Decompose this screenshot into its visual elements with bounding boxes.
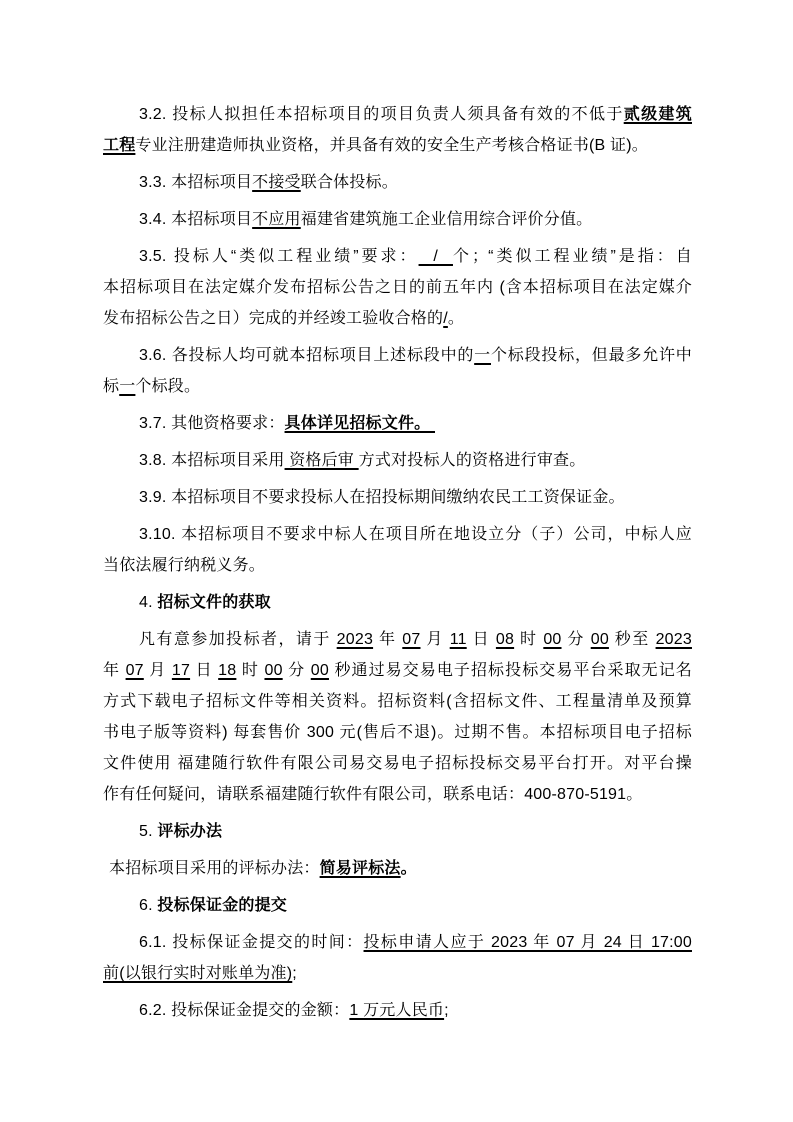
text-line: 本招标项目采用的评标办法：简易评标法。 [103, 853, 692, 884]
clause-6-2: 6.2. 投标保证金提交的金额：1 万元人民币; [103, 995, 692, 1026]
text-line: 3.2. 投标人拟担任本招标项目的项目负责人须具备有效的不低于贰级建筑 [103, 99, 692, 130]
text-run: 年 [373, 631, 402, 648]
text-run: 月 [144, 662, 172, 679]
text-run: 简易评标法 [320, 860, 401, 877]
text-run: 专业注册建造师执业资格，并具备有效的安全生产考核合格证书(B 证)。 [135, 137, 648, 154]
text-run: 个标段。 [135, 378, 200, 395]
text-line: 6. 投标保证金的提交 [103, 890, 692, 921]
text-line: 6.1. 投标保证金提交的时间：投标申请人应于 2023 年 07 月 24 日… [103, 927, 692, 958]
text-line: 作有任何疑问，请联系福建随行软件有限公司，联系电话：400-870-5191。 [103, 779, 692, 810]
text-run: 6.1. 投标保证金提交的时间： [139, 934, 364, 951]
text-run: 3.9. 本招标项目不要求投标人在招投标期间缴纳农民工工资保证金。 [139, 489, 625, 506]
text-run: 3.8. 本招标项目采用 [139, 452, 285, 469]
text-line: 4. 招标文件的获取 [103, 587, 692, 618]
text-run: 标 [103, 378, 119, 395]
text-run: 3.5. 投标人“类似工程业绩”要求： [139, 248, 419, 265]
text-line: 前(以银行实时对账单为准); [103, 958, 692, 989]
text-line: 本招标项目在法定媒介发布招标公告之日的前五年内 (含本招标项目在法定媒介 [103, 272, 692, 303]
text-line: 当依法履行纳税义务。 [103, 550, 692, 581]
text-run: 投标申请人应于 2023 年 07 月 24 日 17:00 [364, 934, 692, 951]
text-run: 资格后审 [285, 452, 359, 469]
text-run: 3.7. 其他资格要求： [139, 415, 285, 432]
text-run: 作有任何疑问，请联系福建随行软件有限公司，联系电话：400-870-5191。 [103, 786, 642, 803]
text-run: 00 [311, 662, 329, 679]
text-run: 评标办法 [157, 823, 222, 840]
text-run: 文件使用 福建随行软件有限公司易交易电子招标投标交易平台打开。对平台操 [103, 755, 692, 772]
text-run: 3.10. 本招标项目不要求中标人在项目所在地设立分（子）公司，中标人应 [139, 526, 692, 543]
text-run: 秒至 [609, 631, 656, 648]
text-run: 1 万元人民币 [349, 1002, 444, 1019]
text-line: 书电子版等资料) 每套售价 300 元(售后不退)。过期不售。本招标项目电子招标 [103, 717, 692, 748]
text-run: 3.3. 本招标项目 [139, 174, 252, 191]
text-run: 当依法履行纳税义务。 [103, 557, 265, 574]
text-run: 00 [543, 631, 561, 648]
text-line: 标一个标段。 [103, 371, 692, 402]
text-run: 月 [420, 631, 449, 648]
text-line: 3.7. 其他资格要求：具体详见招标文件。 [103, 408, 692, 439]
text-run: 。 [448, 310, 464, 327]
text-run: 书电子版等资料) 每套售价 300 元(售后不退)。过期不售。本招标项目电子招标 [103, 724, 692, 741]
text-run: 2023 [337, 631, 373, 648]
text-run: ; [292, 965, 297, 982]
clause-3-4: 3.4. 本招标项目不应用福建省建筑施工企业信用综合评价分值。 [103, 204, 692, 235]
text-run: 一 [119, 378, 135, 395]
text-line: 工程专业注册建造师执业资格，并具备有效的安全生产考核合格证书(B 证)。 [103, 130, 692, 161]
text-run: 日 [190, 662, 218, 679]
text-run: 2023 [656, 631, 692, 648]
text-run: 00 [264, 662, 282, 679]
section-4-title: 4. 招标文件的获取 [103, 587, 692, 618]
clause-3-9: 3.9. 本招标项目不要求投标人在招投标期间缴纳农民工工资保证金。 [103, 482, 692, 513]
section-5-title: 5. 评标办法 [103, 816, 692, 847]
text-line: 3.9. 本招标项目不要求投标人在招投标期间缴纳农民工工资保证金。 [103, 482, 692, 513]
text-line: 发布招标公告之日）完成的并经竣工验收合格的/。 [103, 303, 692, 334]
text-run: 分 [283, 662, 311, 679]
section-6-title: 6. 投标保证金的提交 [103, 890, 692, 921]
text-run: 18 [218, 662, 236, 679]
text-run: 时 [236, 662, 264, 679]
text-run: 方式下载电子招标文件等相关资料。招标资料(含招标文件、工程量清单及预算 [103, 693, 692, 710]
text-run: 11 [450, 631, 467, 648]
text-run: 凡有意参加投标者，请于 [139, 631, 337, 648]
text-run: 4. [139, 594, 157, 611]
text-run: 17 [172, 662, 190, 679]
text-run: 工程 [103, 137, 135, 154]
text-run: 本招标项目采用的评标办法： [109, 860, 320, 877]
clause-3-5: 3.5. 投标人“类似工程业绩”要求： / 个；“类似工程业绩”是指：自本招标项… [103, 241, 692, 334]
text-run: 具体详见招标文件。 [285, 415, 435, 432]
text-run: 联合体投标。 [301, 174, 398, 191]
text-line: 文件使用 福建随行软件有限公司易交易电子招标投标交易平台打开。对平台操 [103, 748, 692, 779]
text-line: 3.6. 各投标人均可就本招标项目上述标段中的一个标段投标，但最多允许中 [103, 340, 692, 371]
clause-3-6: 3.6. 各投标人均可就本招标项目上述标段中的一个标段投标，但最多允许中标一个标… [103, 340, 692, 402]
text-run: 个；“类似工程业绩”是指：自 [453, 248, 692, 265]
text-run: 。 [401, 860, 417, 877]
text-line: 5. 评标办法 [103, 816, 692, 847]
text-run: 秒通过易交易电子招标投标交易平台采取无记名 [329, 662, 692, 679]
text-run: 前(以银行实时对账单为准) [103, 965, 292, 982]
text-run: 08 [496, 631, 514, 648]
section-4-body: 凡有意参加投标者，请于 2023 年 07 月 11 日 08 时 00 分 0… [103, 624, 692, 810]
text-run: 时 [514, 631, 543, 648]
text-run: 日 [467, 631, 496, 648]
text-run: 方式对投标人的资格进行审查。 [359, 452, 586, 469]
clause-3-7: 3.7. 其他资格要求：具体详见招标文件。 [103, 408, 692, 439]
text-run: 年 [103, 662, 126, 679]
text-run: / [419, 248, 453, 265]
document-page: 3.2. 投标人拟担任本招标项目的项目负责人须具备有效的不低于贰级建筑工程专业注… [103, 0, 692, 1026]
text-run: 07 [402, 631, 420, 648]
text-line: 凡有意参加投标者，请于 2023 年 07 月 11 日 08 时 00 分 0… [103, 624, 692, 655]
text-run: 00 [591, 631, 609, 648]
clause-3-10: 3.10. 本招标项目不要求中标人在项目所在地设立分（子）公司，中标人应当依法履… [103, 519, 692, 581]
text-line: 年 07 月 17 日 18 时 00 分 00 秒通过易交易电子招标投标交易平… [103, 655, 692, 686]
clause-6-1: 6.1. 投标保证金提交的时间：投标申请人应于 2023 年 07 月 24 日… [103, 927, 692, 989]
text-line: 6.2. 投标保证金提交的金额：1 万元人民币; [103, 995, 692, 1026]
clause-3-3: 3.3. 本招标项目不接受联合体投标。 [103, 167, 692, 198]
clause-3-2: 3.2. 投标人拟担任本招标项目的项目负责人须具备有效的不低于贰级建筑工程专业注… [103, 99, 692, 161]
text-run: 6. [139, 897, 157, 914]
text-run: ; [444, 1002, 449, 1019]
text-run: 不接受 [252, 174, 301, 191]
text-run: 招标文件的获取 [157, 594, 270, 611]
text-run: 发布招标公告之日）完成的并经竣工验收合格的 [103, 310, 443, 327]
text-run: 一 [474, 347, 491, 364]
text-run: 07 [126, 662, 144, 679]
text-run: 分 [562, 631, 591, 648]
text-run: 本招标项目在法定媒介发布招标公告之日的前五年内 (含本招标项目在法定媒介 [103, 279, 692, 296]
text-line: 方式下载电子招标文件等相关资料。招标资料(含招标文件、工程量清单及预算 [103, 686, 692, 717]
text-run: 3.6. 各投标人均可就本招标项目上述标段中的 [139, 347, 474, 364]
section-5-body: 本招标项目采用的评标办法：简易评标法。 [103, 853, 692, 884]
text-line: 3.4. 本招标项目不应用福建省建筑施工企业信用综合评价分值。 [103, 204, 692, 235]
text-run: 个标段投标，但最多允许中 [491, 347, 692, 364]
text-run: 6.2. 投标保证金提交的金额： [139, 1002, 349, 1019]
text-run: 福建省建筑施工企业信用综合评价分值。 [301, 211, 593, 228]
text-line: 3.8. 本招标项目采用 资格后审 方式对投标人的资格进行审查。 [103, 445, 692, 476]
text-line: 3.3. 本招标项目不接受联合体投标。 [103, 167, 692, 198]
text-run: 5. [139, 823, 157, 840]
text-run: 投标保证金的提交 [157, 897, 287, 914]
text-run: 贰级建筑 [624, 106, 692, 123]
text-run: 3.2. 投标人拟担任本招标项目的项目负责人须具备有效的不低于 [139, 106, 624, 123]
text-run: 3.4. 本招标项目 [139, 211, 252, 228]
text-run: 不应用 [252, 211, 301, 228]
clause-3-8: 3.8. 本招标项目采用 资格后审 方式对投标人的资格进行审查。 [103, 445, 692, 476]
text-line: 3.10. 本招标项目不要求中标人在项目所在地设立分（子）公司，中标人应 [103, 519, 692, 550]
text-line: 3.5. 投标人“类似工程业绩”要求： / 个；“类似工程业绩”是指：自 [103, 241, 692, 272]
